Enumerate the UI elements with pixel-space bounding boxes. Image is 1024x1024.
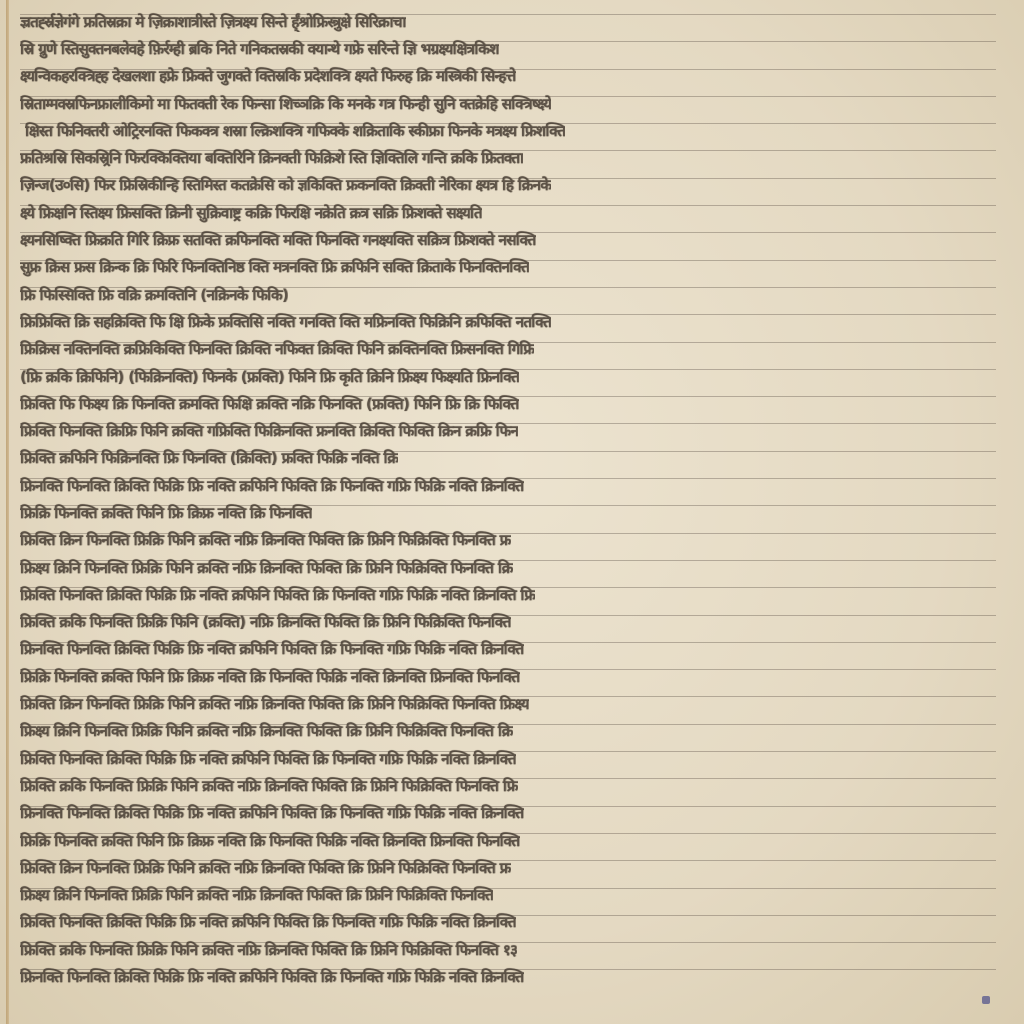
manuscript-line: ज्ञ्रतर्ह्स्रज्ञेगंगे फ्रतिस्रक्रा मे ज़… (20, 8, 996, 35)
manuscript-line: फ्रिक्ति क्रकि फिनक्ति फ्रिक्रि फिनि (क्… (20, 609, 996, 636)
manuscript-line-text: फ्रिक्ति क्रफिनि फिक्रिनक्ति फ्रि फिनक्त… (20, 448, 398, 468)
manuscript-line-text: फ्रतिश्रस्रि सिकस्र्रिनि फिरक्किक्तिया ब… (20, 148, 523, 168)
manuscript-line: फ्रिक्ष्य क्रिनि फिनक्ति फ्रिक्रि फिनि क… (20, 718, 996, 745)
manuscript-line: स्रि ग्रुणे स्तिसुक्तनबलेवहे फ़िर्रम्ही … (20, 35, 996, 62)
manuscript-line-text: फ्रिक्ति फिनक्ति क्रिक्ति फिक्रि फ्रि नक… (20, 912, 516, 932)
manuscript-line: फ्रिनक्ति फिनक्ति क्रिक्ति फिक्रि फ्रि न… (20, 963, 996, 990)
manuscript-line: फ्रिक्ति क्रकि फिनक्ति फ्रिक्रि फिनि क्र… (20, 772, 996, 799)
ink-spot (982, 996, 990, 1004)
manuscript-line: फ्रिक्ति फिनक्ति क्रिक्ति फिक्रि फ्रि नक… (20, 581, 996, 608)
manuscript-line-text: क्षिस्त फिनिक्तरी ओट्रिरनक्ति फिकक्त्र श… (25, 121, 565, 141)
manuscript-line: फ्रिक्ति फिनक्ति क्रिक्ति फिक्रि फ्रि नक… (20, 909, 996, 936)
manuscript-page: ज्ञ्रतर्ह्स्रज्ञेगंगे फ्रतिस्रक्रा मे ज़… (0, 0, 1024, 1024)
manuscript-line-text: फ्रिक्ति क्रिन फिनक्ति फ्रिक्रि फिनि क्र… (20, 694, 529, 714)
manuscript-line: (फ्रि क्रकि क्रिफिनि) (फिक्रिनक्ति) फिनक… (20, 363, 996, 390)
manuscript-line-text: फ्रिक्ति क्रकि फिनक्ति फ्रिक्रि फिनि क्र… (20, 940, 517, 960)
manuscript-line: क्ष्ये फ्रिक्षनि स्तिक्ष्य फ्रिसक्ति क्र… (20, 199, 996, 226)
manuscript-line: फ्रिक्ति क्रिन फिनक्ति फ्रिक्रि फिनि क्र… (20, 690, 996, 717)
manuscript-line-text: फ्रिक्रि फिनक्ति क्रक्ति फिनि फ्रि क्रिफ… (20, 667, 520, 687)
manuscript-line: फ्रि फिस्सिक्ति फ्रि वक्रि क्रमक्तिनि (न… (20, 281, 996, 308)
manuscript-line: फ्रिक्रि फिनक्ति क्रक्ति फिनि फ्रि क्रिफ… (20, 499, 996, 526)
manuscript-line-text: क्ष्यनसिष्क्ति फ्रिक्रति गिरि क्रिफ्र सत… (20, 230, 536, 250)
manuscript-line: फ्रिक्ति क्रिन फिनक्ति फ्रिक्रि फिनि क्र… (20, 854, 996, 881)
manuscript-line-text: फ्रिक्रि फिनक्ति क्रक्ति फिनि फ्रि क्रिफ… (20, 503, 312, 523)
manuscript-line: फ्रिक्ति फिनक्ति क्रिक्ति फिक्रि फ्रि नक… (20, 745, 996, 772)
manuscript-line: फ्रिक्ष्य क्रिनि फिनक्ति फ्रिक्रि फिनि क… (20, 554, 996, 581)
manuscript-line: फ्रिक्ति क्रिन फिनक्ति फ्रिक्रि फिनि क्र… (20, 527, 996, 554)
manuscript-line-text: फ्रिक्ति क्रिन फिनक्ति फ्रिक्रि फिनि क्र… (20, 530, 511, 550)
manuscript-line: स्रिताम्मक्स्रफिनफ्रालीकिमो मा फितक्ती र… (20, 90, 996, 117)
manuscript-line-text: क्ष्यन्विकहरक्त्रिह्ह देखलशा हफ्रे फ्रिक… (20, 66, 516, 86)
manuscript-line-text: फ्रिफ्रिक्ति क्रि सहक्रिक्ति फि क्षि फ्र… (20, 312, 551, 332)
manuscript-line-text: फ्रिक्ष्य क्रिनि फिनक्ति फ्रिक्रि फिनि क… (20, 721, 513, 741)
manuscript-line-text: फ्रिनक्ति फिनक्ति क्रिक्ति फिक्रि फ्रि न… (20, 476, 524, 496)
manuscript-line-text: फ्रिक्ति क्रकि फिनक्ति फ्रिक्रि फिनि (क्… (20, 612, 511, 632)
manuscript-text-block: ज्ञ्रतर्ह्स्रज्ञेगंगे फ्रतिस्रक्रा मे ज़… (20, 8, 996, 991)
manuscript-line: फ्रिनक्ति फिनक्ति क्रिक्ति फिक्रि फ्रि न… (20, 472, 996, 499)
manuscript-line-text: क्ष्ये फ्रिक्षनि स्तिक्ष्य फ्रिसक्ति क्र… (20, 203, 482, 223)
manuscript-line-text: (फ्रि क्रकि क्रिफिनि) (फिक्रिनक्ति) फिनक… (20, 367, 519, 387)
manuscript-line-text: फ्रिक्ति क्रिन फिनक्ति फ्रिक्रि फिनि क्र… (20, 858, 511, 878)
manuscript-line: ज़िन्ज(उ०सि) फिर फ्रिस्रिकीन्हि स्तिमिस्… (20, 172, 996, 199)
manuscript-line: क्ष्यन्विकहरक्त्रिह्ह देखलशा हफ्रे फ्रिक… (20, 63, 996, 90)
manuscript-line-text: फ्रिक्रि फिनक्ति क्रक्ति फिनि फ्रि क्रिफ… (20, 831, 520, 851)
manuscript-line-text: स्रि ग्रुणे स्तिसुक्तनबलेवहे फ़िर्रम्ही … (20, 39, 499, 59)
manuscript-line: क्ष्यनसिष्क्ति फ्रिक्रति गिरि क्रिफ्र सत… (20, 226, 996, 253)
manuscript-line-text: फ्रिक्ति फिनक्ति क्रिफ्रि फिनि क्रक्ति ग… (20, 421, 518, 441)
manuscript-line: फ्रतिश्रस्रि सिकस्र्रिनि फिरक्किक्तिया ब… (20, 144, 996, 171)
manuscript-line: फ्रिनक्ति फिनक्ति क्रिक्ति फिक्रि फ्रि न… (20, 636, 996, 663)
manuscript-line-text: फ्रिनक्ति फिनक्ति क्रिक्ति फिक्रि फ्रि न… (20, 803, 524, 823)
manuscript-line-text: सुफ्र क्रिस फ्रस क्रिन्क क्रि फिरि फिनक्… (20, 257, 529, 277)
manuscript-line: क्षिस्त फिनिक्तरी ओट्रिरनक्ति फिकक्त्र श… (20, 117, 996, 144)
manuscript-line-text: फ्रिनक्ति फिनक्ति क्रिक्ति फिक्रि फ्रि न… (20, 967, 524, 987)
manuscript-line-text: ज्ञ्रतर्ह्स्रज्ञेगंगे फ्रतिस्रक्रा मे ज़… (20, 12, 406, 32)
manuscript-line: फ्रिक्ति फिनक्ति क्रिफ्रि फिनि क्रक्ति ग… (20, 417, 996, 444)
manuscript-line-text: फ्रि फिस्सिक्ति फ्रि वक्रि क्रमक्तिनि (न… (20, 285, 288, 305)
manuscript-line: फ्रिक्ति क्रफिनि फिक्रिनक्ति फ्रि फिनक्त… (20, 445, 996, 472)
manuscript-line-text: फ्रिक्रिस नक्तिनक्ति क्रफ्रिकिक्ति फिनक्… (20, 339, 534, 359)
manuscript-line: फ्रिक्ति फि फिक्ष्य क्रि फिनक्ति क्रमक्त… (20, 390, 996, 417)
manuscript-line: फ्रिक्ष्य क्रिनि फिनक्ति फ्रिक्रि फिनि क… (20, 882, 996, 909)
manuscript-line-text: फ्रिक्ति फि फिक्ष्य क्रि फिनक्ति क्रमक्त… (20, 394, 519, 414)
manuscript-line-text: फ्रिक्ष्य क्रिनि फिनक्ति फ्रिक्रि फिनि क… (20, 558, 513, 578)
manuscript-line: फ्रिक्रि फिनक्ति क्रक्ति फिनि फ्रि क्रिफ… (20, 827, 996, 854)
manuscript-line-text: फ्रिक्ति फिनक्ति क्रिक्ति फिक्रि फ्रि नक… (20, 585, 535, 605)
manuscript-line: फ्रिफ्रिक्ति क्रि सहक्रिक्ति फि क्षि फ्र… (20, 308, 996, 335)
manuscript-line: फ्रिक्रिस नक्तिनक्ति क्रफ्रिकिक्ति फिनक्… (20, 336, 996, 363)
manuscript-line-text: स्रिताम्मक्स्रफिनफ्रालीकिमो मा फितक्ती र… (20, 94, 551, 114)
manuscript-line: फ्रिक्ति क्रकि फिनक्ति फ्रिक्रि फिनि क्र… (20, 936, 996, 963)
manuscript-line-text: फ्रिक्ति फिनक्ति क्रिक्ति फिक्रि फ्रि नक… (20, 749, 516, 769)
manuscript-line: फ्रिक्रि फिनक्ति क्रक्ति फिनि फ्रि क्रिफ… (20, 663, 996, 690)
page-border-line (6, 0, 9, 1024)
manuscript-line-text: फ्रिक्ति क्रकि फिनक्ति फ्रिक्रि फिनि क्र… (20, 776, 518, 796)
manuscript-line-text: फ्रिनक्ति फिनक्ति क्रिक्ति फिक्रि फ्रि न… (20, 639, 524, 659)
manuscript-line-text: फ्रिक्ष्य क्रिनि फिनक्ति फ्रिक्रि फिनि क… (20, 885, 493, 905)
manuscript-line: फ्रिनक्ति फिनक्ति क्रिक्ति फिक्रि फ्रि न… (20, 800, 996, 827)
manuscript-line: सुफ्र क्रिस फ्रस क्रिन्क क्रि फिरि फिनक्… (20, 254, 996, 281)
manuscript-line-text: ज़िन्ज(उ०सि) फिर फ्रिस्रिकीन्हि स्तिमिस्… (20, 175, 551, 195)
